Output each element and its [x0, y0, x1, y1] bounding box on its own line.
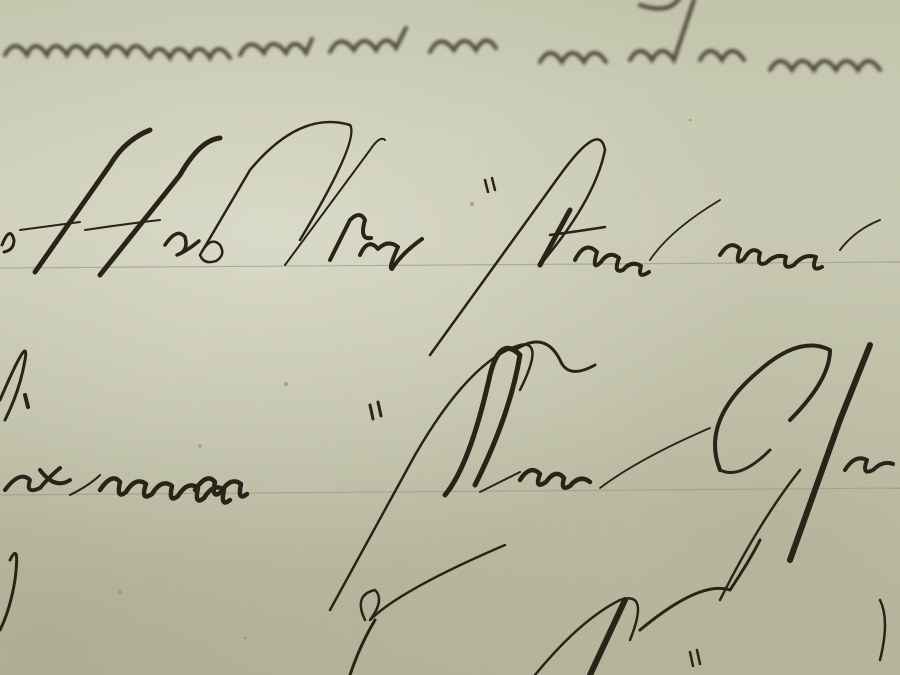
paper-specks — [118, 119, 691, 640]
line-3-script — [0, 342, 893, 610]
manuscript-photo: Close-up photograph of a historical hand… — [0, 0, 900, 675]
line-2-script — [2, 122, 880, 355]
line-1-script — [5, 0, 880, 70]
ruling-lines — [0, 262, 900, 495]
line-4-script — [0, 540, 885, 675]
handwriting-strokes — [0, 0, 900, 675]
